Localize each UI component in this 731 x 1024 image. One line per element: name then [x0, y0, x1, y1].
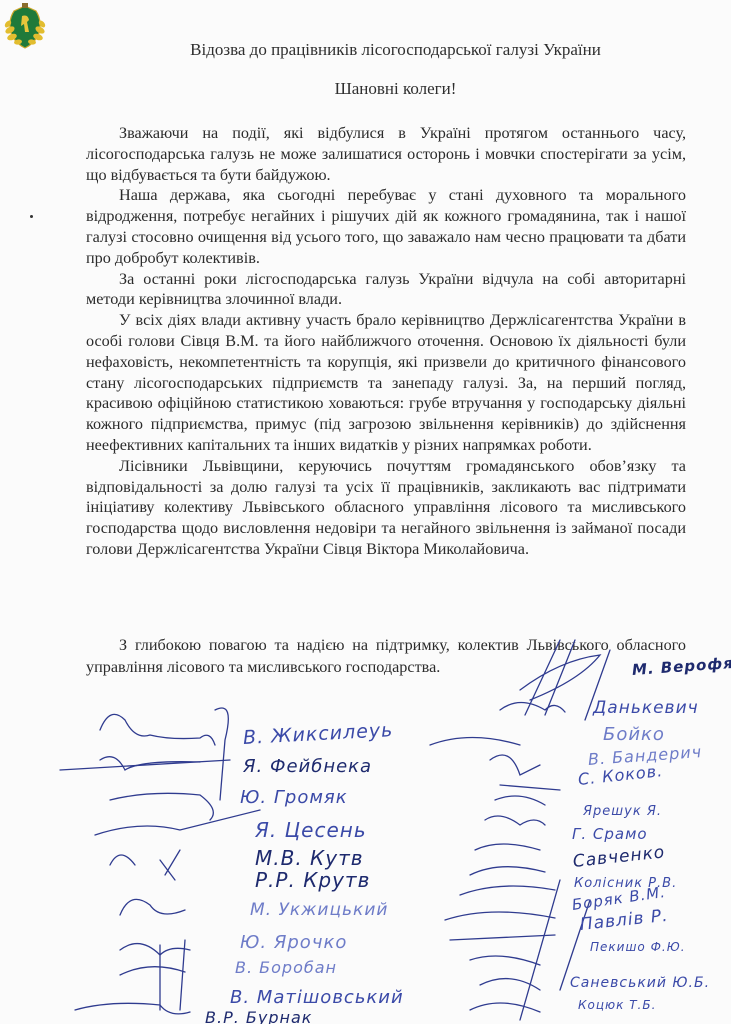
signature-scribbles: [0, 0, 731, 1024]
